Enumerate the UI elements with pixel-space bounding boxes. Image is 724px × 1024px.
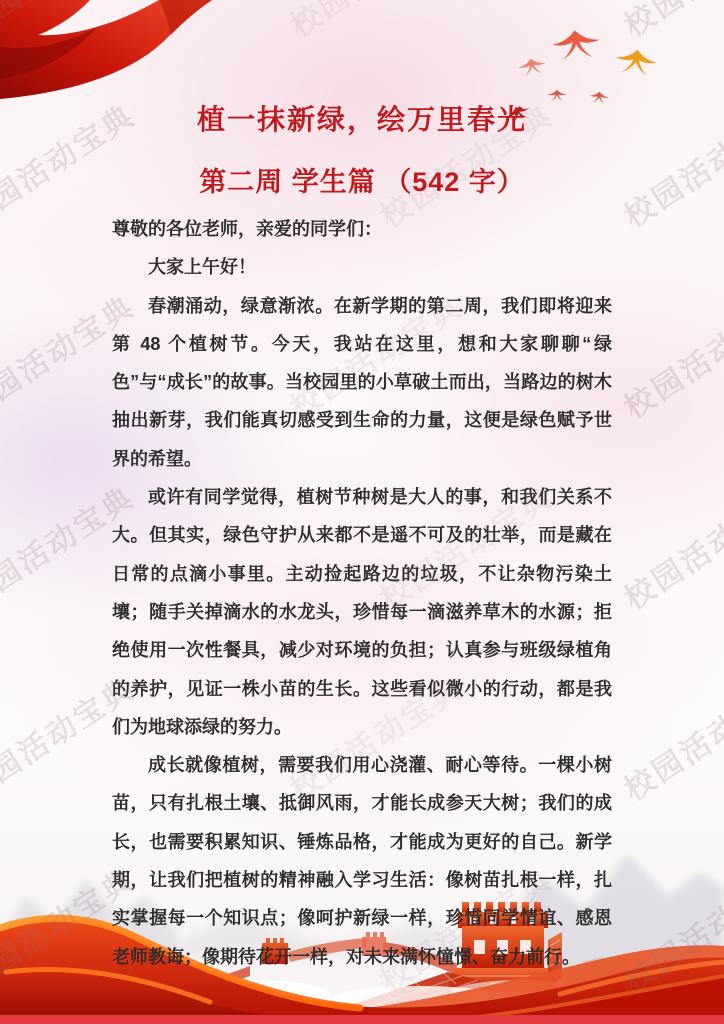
- bird-icon: [610, 43, 662, 79]
- speech-paragraph: 春潮涌动，绿意渐浓。在新学期的第二周，我们即将迎来第 48 个植树节。今天，我站…: [112, 287, 612, 478]
- speech-poster: 植一抹新绿，绘万里春光 第二周 学生篇 （542 字） 尊敬的各位老师，亲爱的同…: [0, 0, 724, 1024]
- bottom-red-bar: [0, 1015, 724, 1024]
- watermark-text: 校园活动宝典: [614, 282, 724, 427]
- speech-paragraph: 成长就像植树，需要我们用心浇灌、耐心等待。一棵小树苗，只有扎根土壤、抵御风雨，才…: [112, 746, 612, 976]
- bird-icon: [515, 53, 550, 78]
- page-subtitle: 第二周 学生篇 （542 字）: [0, 160, 724, 199]
- watermark-text: 校园活动宝典: [614, 473, 724, 618]
- greeting-line: 大家上午好！: [112, 248, 612, 286]
- page-title: 植一抹新绿，绘万里春光: [0, 98, 724, 138]
- watermark-text: 校园活动宝典: [280, 0, 470, 45]
- watermark-text: 校园活动宝典: [614, 664, 724, 809]
- speech-paragraph: 或许有同学觉得，植树节种树是大人的事，和我们关系不大。但其实，绿色守护从来都不是…: [112, 478, 612, 746]
- salutation-line: 尊敬的各位老师，亲爱的同学们：: [112, 210, 612, 248]
- speech-body: 尊敬的各位老师，亲爱的同学们： 大家上午好！ 春潮涌动，绿意渐浓。在新学期的第二…: [112, 210, 612, 976]
- watermark-text: 校园活动宝典: [614, 0, 724, 45]
- bird-icon: [546, 23, 605, 64]
